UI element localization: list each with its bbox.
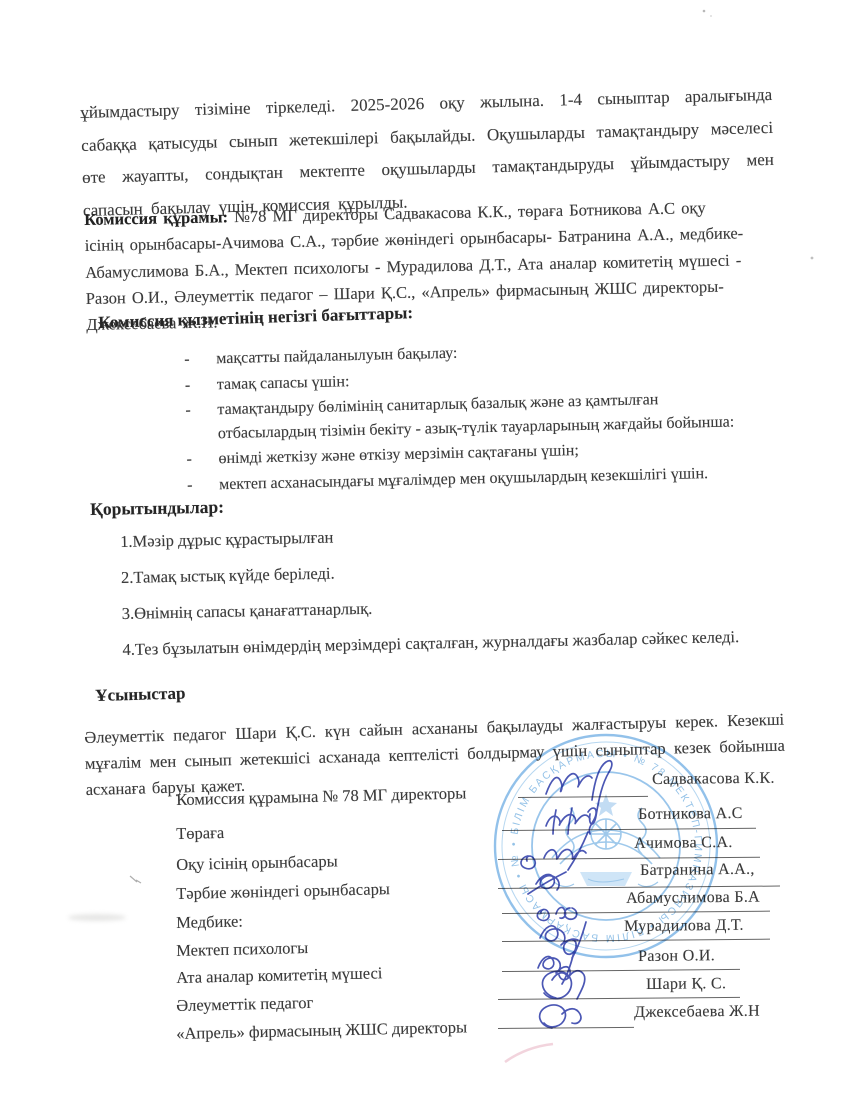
recommendations-heading: Ұсыныстар [95, 683, 186, 706]
signature-ink [537, 907, 576, 920]
conclusion-item: 2.Тамақ ыстық күйде беріледі. [121, 554, 801, 588]
signature-row-label: Мектеп психологы [176, 938, 308, 961]
composition-lead: Комиссия құрамы: [84, 207, 228, 229]
signature-underline [502, 969, 740, 972]
scan-artifact [710, 15, 712, 17]
signature-row-label: Медбике: [176, 911, 243, 933]
signatory-name: Шари Қ. С. [646, 975, 726, 994]
conclusion-item: 3.Өнімнің сапасы қанағаттанарлық. [122, 590, 802, 624]
signature-underline [498, 997, 740, 1000]
conclusions-heading: Қорытындылар: [90, 497, 224, 520]
signatory-name: Джексебаева Ж.Н [634, 1003, 760, 1022]
signature-ink [521, 832, 588, 870]
scan-artifact [68, 914, 126, 921]
signatory-name: Садвакасова К.К. [652, 770, 775, 789]
signatory-name: Ачимова С.А. [634, 834, 733, 853]
signature-ink [538, 952, 574, 984]
scan-artifact [703, 10, 706, 13]
directions-list: мақсатты пайдаланылуын бақылау: тамақ са… [182, 335, 760, 499]
signature-row-label: Әлеуметтік педагог [176, 993, 313, 1016]
signature-row-label: Төраға [176, 823, 224, 844]
signature-row-label: «Апрель» фирмасының ЖШС директоры [176, 1017, 467, 1044]
signature-underline [498, 1027, 634, 1029]
signature-underline [518, 796, 648, 798]
signature-row-label: Тәрбие жөніндегі орынбасары [176, 879, 390, 904]
signatory-name: Батранина А.А., [640, 861, 755, 880]
signature-ink [528, 872, 566, 894]
signature-ink [540, 1005, 581, 1028]
conclusion-item: 4.Тез бұзылатын өнімдердің мерзімдері са… [122, 626, 802, 660]
signature-ink [542, 971, 584, 999]
signature-row-label: Оқу ісінің орынбасары [176, 851, 338, 875]
signatory-name: Разон О.И. [638, 947, 715, 966]
scan-artifact [130, 876, 141, 883]
conclusion-item: 1.Мәзір дұрыс құрастырылған [120, 518, 800, 552]
signature-underline [502, 911, 770, 914]
signature-row-label: Ата аналар комитетің мүшесі [176, 963, 383, 988]
signature-underline [502, 828, 756, 831]
conclusions-list: 1.Мәзір дұрыс құрастырылған 2.Тамақ ысты… [120, 518, 803, 676]
signatory-name: Ботникова А.С [638, 805, 743, 824]
signature-underline [498, 857, 760, 860]
signatory-name: Абамуслимова Б.А [626, 889, 760, 908]
signatory-name: Мурадилова Д.Т. [624, 917, 744, 936]
scan-artifact [505, 1044, 553, 1062]
signature-underline [502, 939, 770, 942]
scan-artifact [811, 257, 814, 260]
